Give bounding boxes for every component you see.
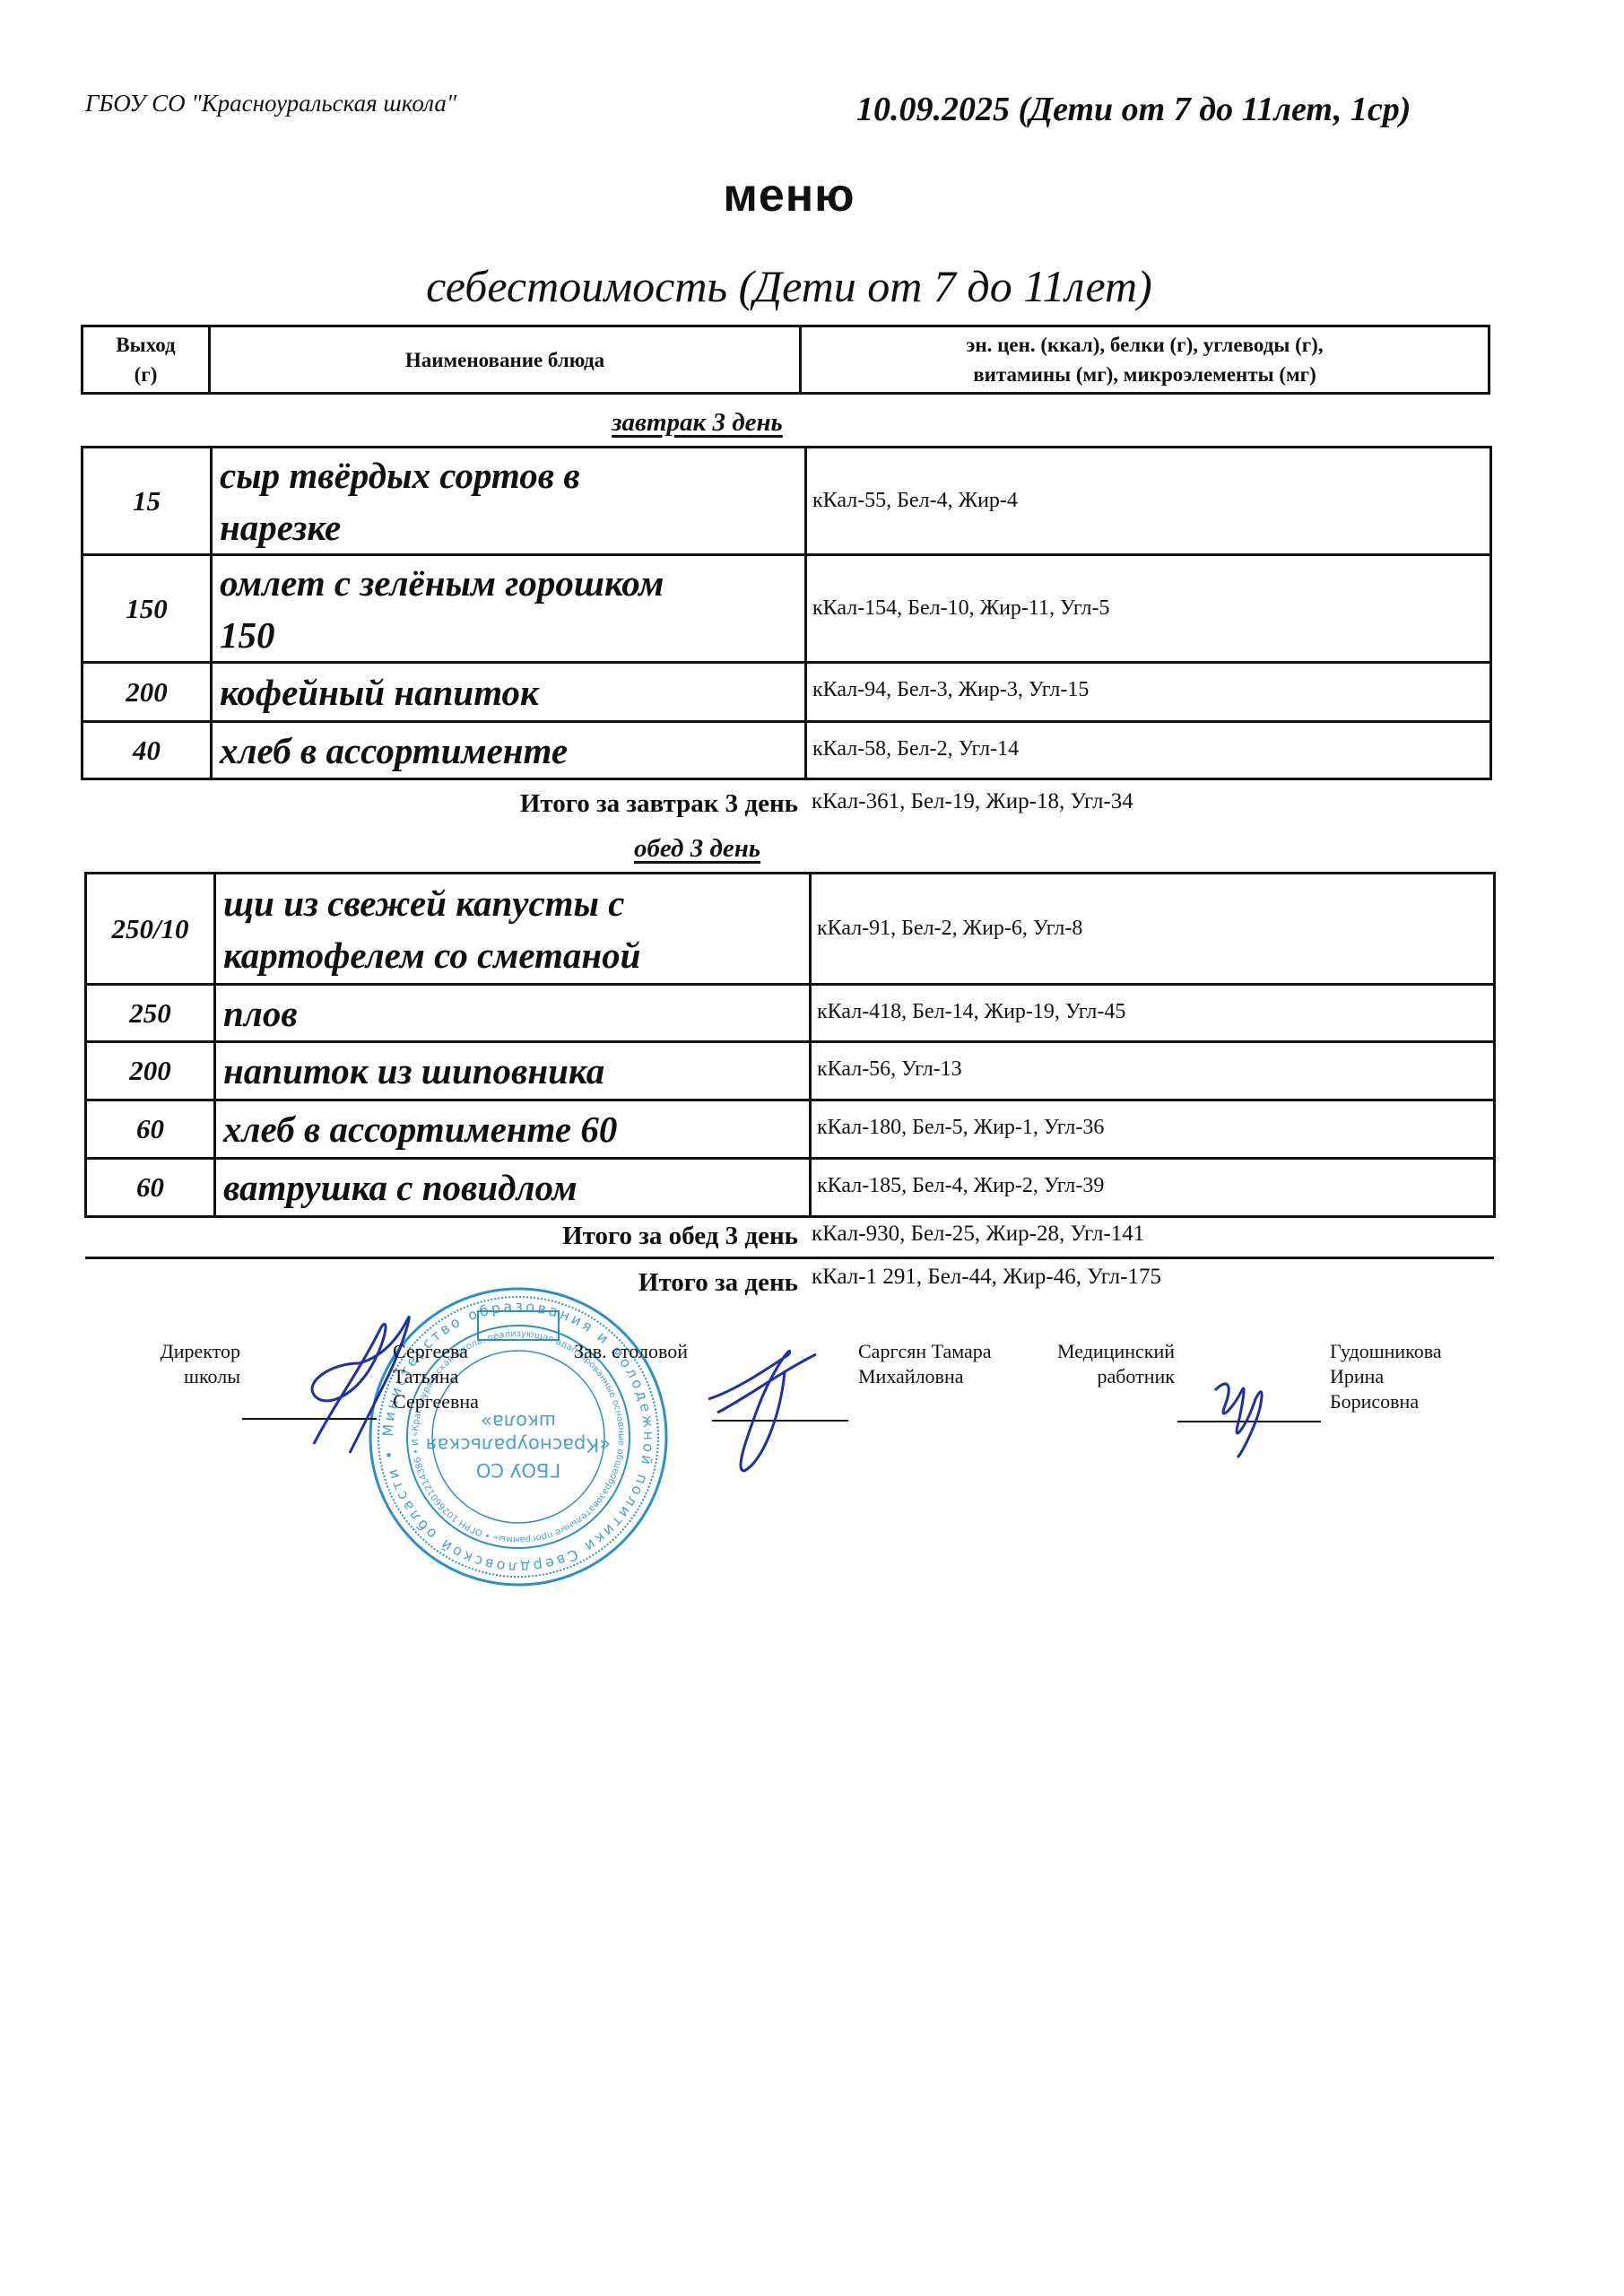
column-header-nutrition: эн. цен. (ккал), белки (г), углеводы (г)… <box>801 326 1489 394</box>
table-row: 250 плов кКал-418, Бел-14, Жир-19, Угл-4… <box>86 985 1495 1042</box>
output-cell: 250/10 <box>86 874 215 985</box>
output-cell: 200 <box>86 1042 215 1100</box>
table-row: 15 сыр твёрдых сортов внарезке кКал-55, … <box>83 448 1491 555</box>
medical-worker-role: Медицинскийработник <box>1040 1339 1175 1389</box>
canteen-signature <box>708 1336 825 1480</box>
output-cell: 60 <box>86 1159 215 1217</box>
nutrition-cell: кКал-185, Бел-4, Жир-2, Угл-39 <box>811 1159 1495 1217</box>
section-title-lunch: обед 3 день <box>0 834 1394 864</box>
director-role: Директоршколы <box>142 1339 240 1389</box>
lunch-table: 250/10 щи из свежей капусты скартофелем … <box>84 872 1496 1218</box>
output-cell: 60 <box>86 1100 215 1159</box>
table-row: 150 омлет с зелёным горошком150 кКал-154… <box>83 555 1491 663</box>
output-cell: 40 <box>83 722 212 779</box>
dish-name-cell: напиток из шиповника <box>215 1042 811 1100</box>
day-total-divider <box>85 1257 1494 1259</box>
dish-name-cell: плов <box>215 985 811 1042</box>
column-header-output: Выход(г) <box>83 326 210 394</box>
breakfast-table: 15 сыр твёрдых сортов внарезке кКал-55, … <box>81 446 1492 780</box>
organization-name: ГБОУ СО "Красноуральская школа" <box>85 90 456 117</box>
lunch-total-value: кКал-930, Бел-25, Жир-28, Угл-141 <box>812 1222 1144 1247</box>
nutrition-cell: кКал-154, Бел-10, Жир-11, Угл-5 <box>806 555 1491 663</box>
svg-text:школа»: школа» <box>481 1411 556 1432</box>
svg-text:ГБОУ СО: ГБОУ СО <box>476 1459 560 1481</box>
svg-text:«Красноуральская: «Красноуральская <box>426 1434 611 1456</box>
dish-name-cell: омлет с зелёным горошком150 <box>212 555 806 663</box>
table-row: 250/10 щи из свежей капусты скартофелем … <box>86 874 1495 985</box>
output-cell: 200 <box>83 663 212 722</box>
medical-worker-name: ГудошниковаИринаБорисовна <box>1330 1339 1442 1414</box>
table-row: 40 хлеб в ассортименте кКал-58, Бел-2, У… <box>83 722 1491 779</box>
nutrition-cell: кКал-91, Бел-2, Жир-6, Угл-8 <box>811 874 1495 985</box>
nutrition-cell: кКал-58, Бел-2, Угл-14 <box>806 722 1491 779</box>
nutrition-cell: кКал-180, Бел-5, Жир-1, Угл-36 <box>811 1100 1495 1159</box>
lunch-total-label: Итого за обед 3 день <box>0 1222 798 1251</box>
breakfast-total-value: кКал-361, Бел-19, Жир-18, Угл-34 <box>812 789 1133 814</box>
breakfast-total-label: Итого за завтрак 3 день <box>0 789 798 819</box>
table-row: 200 кофейный напиток кКал-94, Бел-3, Жир… <box>83 663 1491 722</box>
page-subtitle: себестоимость (Дети от 7 до 11лет) <box>0 260 1578 312</box>
table-row: 200 напиток из шиповника кКал-56, Угл-13 <box>86 1042 1495 1100</box>
dish-name-cell: хлеб в ассортименте <box>212 722 806 779</box>
date-line: 10.09.2025 (Дети от 7 до 11лет, 1ср) <box>856 90 1411 129</box>
dish-name-cell: ватрушка с повидлом <box>215 1159 811 1217</box>
nutrition-cell: кКал-56, Угл-13 <box>811 1042 1495 1100</box>
nutrition-cell: кКал-55, Бел-4, Жир-4 <box>806 448 1491 555</box>
day-total-value: кКал-1 291, Бел-44, Жир-46, Угл-175 <box>812 1265 1161 1290</box>
medical-signature <box>1206 1372 1287 1462</box>
output-cell: 250 <box>86 985 215 1042</box>
table-row: 60 хлеб в ассортименте 60 кКал-180, Бел-… <box>86 1100 1495 1159</box>
output-cell: 150 <box>83 555 212 663</box>
nutrition-cell: кКал-418, Бел-14, Жир-19, Угл-45 <box>811 985 1495 1042</box>
page-title: меню <box>0 169 1578 222</box>
canteen-head-name: Саргсян ТамараМихайловна <box>858 1339 992 1389</box>
canteen-head-role: Зав. столовой <box>574 1339 688 1364</box>
dish-name-cell: щи из свежей капусты скартофелем со смет… <box>215 874 811 985</box>
dish-name-cell: сыр твёрдых сортов внарезке <box>212 448 806 555</box>
nutrition-cell: кКал-94, Бел-3, Жир-3, Угл-15 <box>806 663 1491 722</box>
column-header-table: Выход(г) Наименование блюда эн. цен. (кк… <box>81 325 1490 395</box>
table-row: 60 ватрушка с повидлом кКал-185, Бел-4, … <box>86 1159 1495 1217</box>
section-title-breakfast: завтрак 3 день <box>0 408 1394 438</box>
output-cell: 15 <box>83 448 212 555</box>
dish-name-cell: кофейный напиток <box>212 663 806 722</box>
dish-name-cell: хлеб в ассортименте 60 <box>215 1100 811 1159</box>
director-name: СергееваТатьянаСергеевна <box>393 1339 479 1414</box>
column-header-name: Наименование блюда <box>210 326 801 394</box>
